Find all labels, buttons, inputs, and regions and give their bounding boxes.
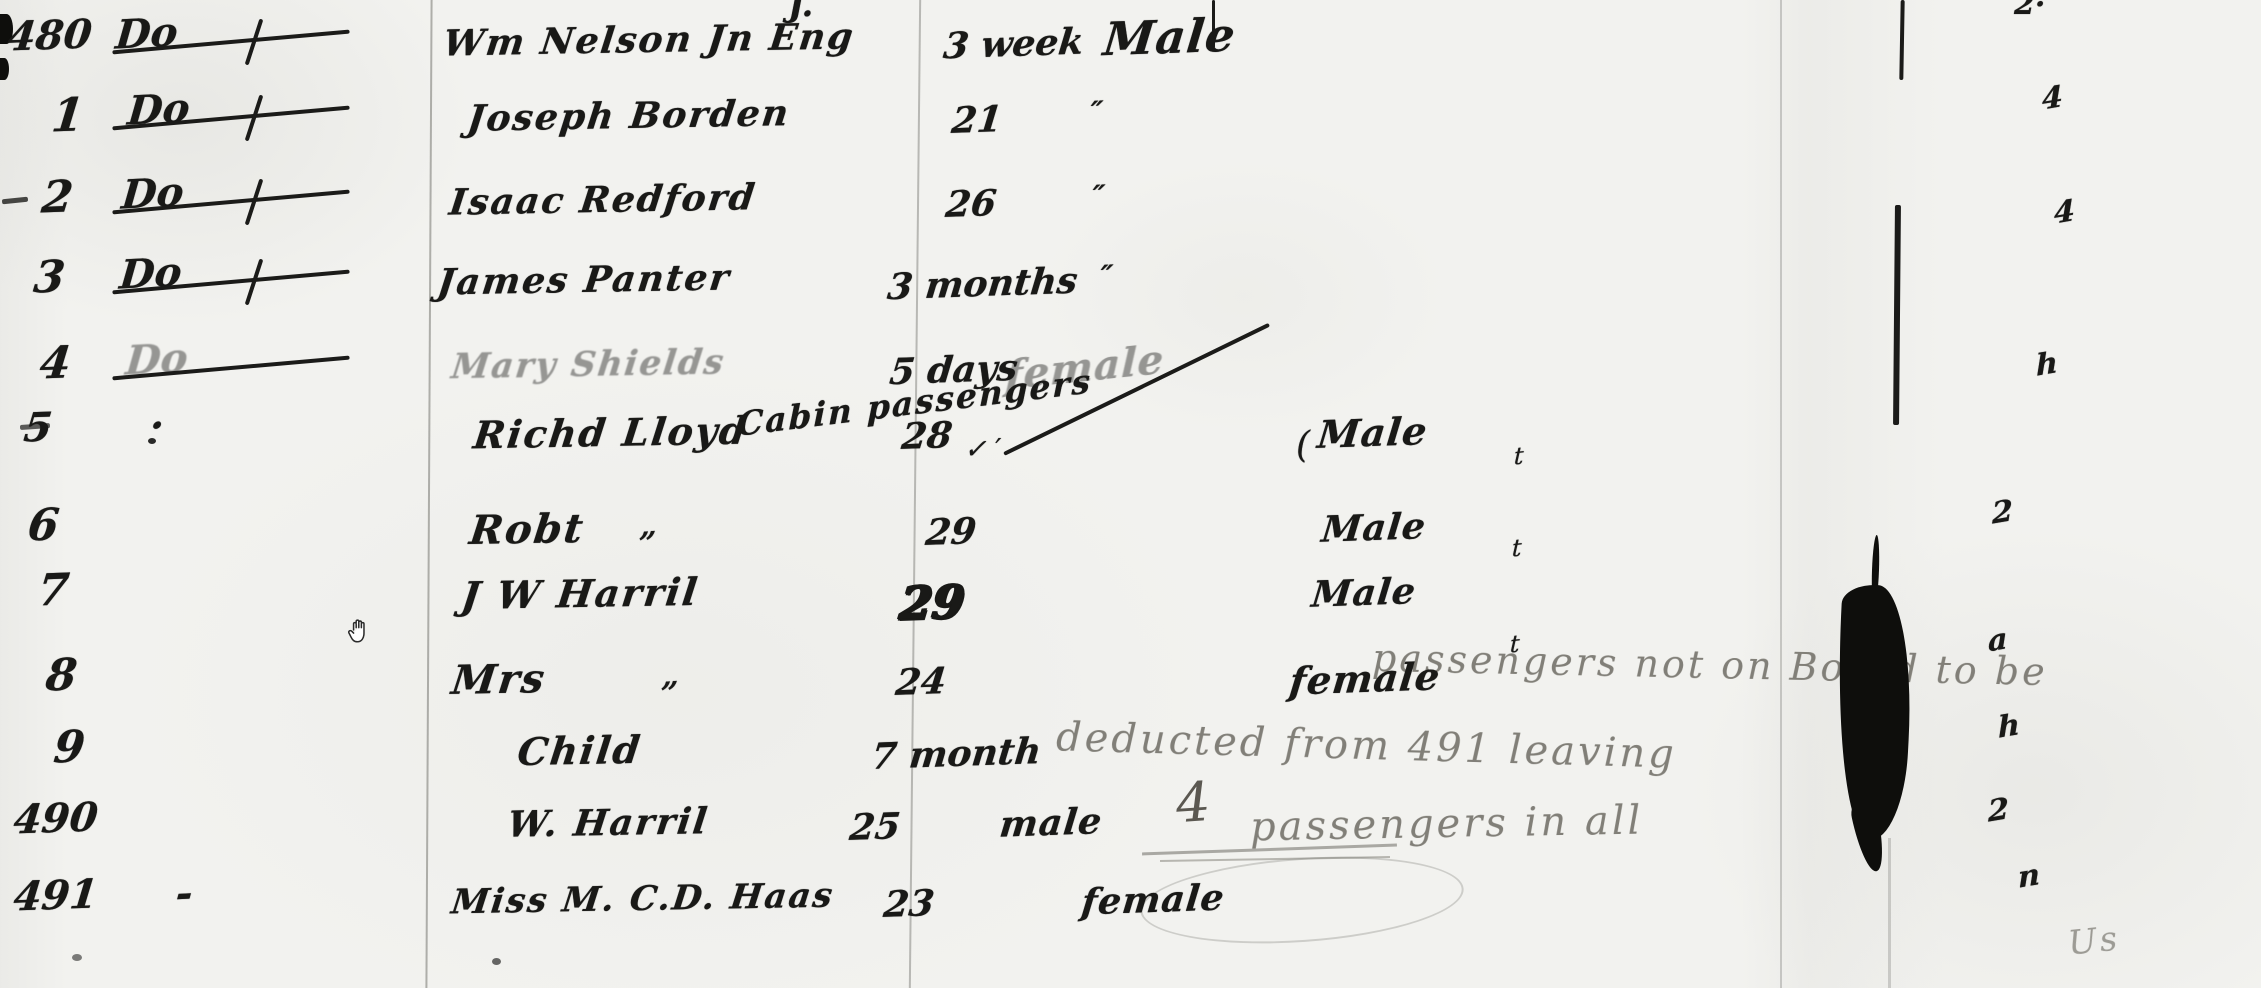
row-number: 3	[32, 255, 67, 300]
row-name: Robt	[467, 509, 587, 551]
row-age: 7 month	[870, 733, 1043, 775]
row-number: 7	[36, 568, 71, 613]
row-name: Mrs	[449, 659, 548, 701]
sex-column-ditto-mark: t	[1510, 632, 1521, 657]
row-name: Child	[516, 731, 644, 771]
name-ditto-quote: „	[661, 661, 681, 692]
row-number: 6	[26, 503, 61, 548]
country-column-ditto-mark: 2	[1987, 794, 2009, 827]
row-sex: Male	[1320, 508, 1428, 548]
row-name: Joseph Borden	[465, 95, 792, 137]
row-age: 23	[882, 885, 936, 923]
ink-blot	[1829, 583, 1916, 842]
row-name: James Panter	[435, 259, 732, 300]
row-age: 5 days	[888, 350, 1020, 390]
country-column-ditto-mark: h	[2035, 348, 2058, 381]
column-rule-3	[1780, 0, 1782, 988]
row-name: Miss M. C.D. Haas	[449, 879, 836, 920]
country-column-ditto-mark: h	[1997, 710, 2020, 743]
row-number: 2	[40, 175, 75, 220]
sex-column-ditto-mark: t	[1512, 536, 1523, 561]
row-number: 5	[22, 408, 54, 449]
country-column-ditto-mark: 2	[1991, 496, 2013, 529]
row-age: 29	[924, 513, 978, 551]
name-ditto-quote: „	[639, 511, 659, 542]
pencil-count-4: 4	[1174, 775, 1215, 831]
row-sex: ″	[1098, 262, 1115, 290]
row-sex: ″	[1090, 182, 1107, 210]
row-ditto-mark: ·	[148, 406, 166, 447]
row-number: 480	[6, 15, 94, 58]
row-name: Mary Shields	[450, 346, 728, 385]
pencil-corner-mark: Us	[2066, 921, 2121, 960]
row-age: 29	[897, 578, 966, 626]
row-name: Richd Lloyd	[471, 412, 750, 455]
paren-before-male: (	[1296, 428, 1310, 464]
row-sex: female	[1080, 880, 1227, 921]
row-number: 9	[52, 725, 87, 770]
bottom-stray-dot	[492, 958, 501, 965]
country-column-ditto-mark: n	[2017, 860, 2040, 893]
row-number: 4	[38, 341, 73, 386]
row-sex: female	[1288, 657, 1443, 700]
grab-hand-cursor	[346, 616, 372, 648]
row-sex: Male	[1310, 573, 1418, 613]
row-sex: Male	[1316, 412, 1430, 454]
column-rule-1	[425, 0, 432, 988]
row-number: 8	[44, 653, 79, 698]
margin-dot-2	[72, 954, 82, 961]
column-rule-4-bottom	[1888, 838, 1891, 988]
row-age: 3 months	[886, 263, 1080, 306]
row-name: Isaac Redford	[447, 179, 758, 220]
row-number: 491	[12, 875, 100, 918]
row-name: J W Harril	[459, 573, 701, 615]
row-age: 25	[848, 808, 902, 846]
checkmarks-after-28: ✓ ′	[964, 436, 1001, 463]
row-sex: Male	[1101, 12, 1238, 63]
column-rule-4-top	[1899, 0, 1904, 80]
row-sex: male	[998, 803, 1104, 843]
pencil-note-line-2: deducted from 491 leaving	[1056, 717, 1678, 774]
sex-column-ditto-mark: t	[1514, 444, 1525, 469]
country-column-ditto-mark: 4	[2041, 82, 2063, 115]
column-rule-2	[909, 0, 921, 988]
row-name: W. Harril	[506, 803, 711, 842]
row-number: 1	[50, 91, 87, 138]
column-rule-4-mid	[1893, 205, 1901, 425]
pencil-note-line-1: passengers not on Board to be	[1372, 639, 2048, 691]
row-age: 26	[944, 185, 998, 223]
pencil-note-line-3: passengers in all	[1250, 801, 1644, 848]
row-name: Wm Nelson Jn Eng	[441, 18, 856, 61]
margin-dash-1	[2, 197, 28, 205]
row-age: 28	[900, 417, 954, 455]
row-age: 24	[894, 663, 948, 701]
left-edge-ink-nick-2	[0, 58, 9, 80]
row-sex: ″	[1088, 98, 1105, 126]
manifest-scan-page[interactable]: J. 2· Cabin passengers ✓ ′ ( passengers …	[0, 0, 2261, 988]
row-ditto-mark: -	[174, 874, 194, 915]
row-age: 21	[950, 101, 1004, 139]
row-age: 3 week	[942, 24, 1086, 65]
country-column-ditto-mark: 4	[2053, 196, 2075, 229]
row-number: 490	[12, 798, 100, 841]
country-column-ditto-mark: a	[1987, 625, 2008, 658]
top-right-fragment: 2·	[2014, 0, 2045, 20]
